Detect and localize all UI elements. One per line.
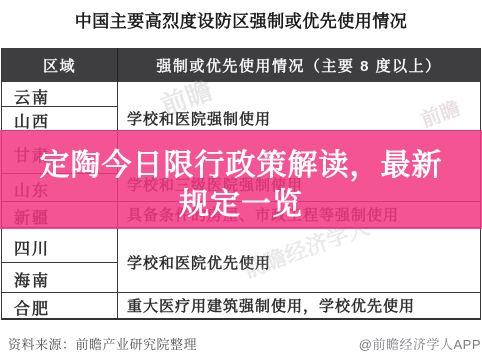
page-title: 中国主要高烈度设防区强制或优先使用情况 bbox=[0, 7, 482, 32]
header-cell-usage: 强制或优先使用情况（主要 8 度以上） bbox=[118, 48, 480, 82]
region-column: 四川 海南 bbox=[2, 228, 118, 292]
usage-cell: 学校和医院优先使用 bbox=[118, 228, 480, 292]
region-column: 合肥 bbox=[2, 293, 118, 318]
header-cell-region: 区域 bbox=[2, 48, 118, 82]
table-group-hefei: 合肥 重大医疗用建筑强制使用，学校优先使用 bbox=[2, 293, 480, 320]
table-header-row: 区域 强制或优先使用情况（主要 8 度以上） bbox=[2, 48, 480, 82]
footer-credit: @前瞻经济学人APP bbox=[359, 334, 481, 353]
headline-line-2: 规定一览 bbox=[179, 185, 303, 224]
footer-source: 资料来源：前瞻产业研究院整理 bbox=[8, 334, 197, 353]
table-group-sichuan-hainan: 四川 海南 学校和医院优先使用 bbox=[2, 228, 480, 293]
region-cell-sichuan: 四川 bbox=[2, 228, 117, 263]
region-column: 云南 山西 bbox=[2, 82, 118, 130]
usage-cell: 学校和医院强制使用 bbox=[118, 82, 480, 130]
region-cell-hefei: 合肥 bbox=[2, 293, 117, 318]
region-cell-hainan: 海南 bbox=[2, 263, 117, 292]
region-cell-yunnan: 云南 bbox=[2, 82, 117, 107]
region-cell-shanxi: 山西 bbox=[2, 107, 117, 130]
table-group-yunnan-shanxi: 云南 山西 学校和医院强制使用 bbox=[2, 82, 480, 131]
headline-line-1: 定陶今日限行政策解读，最新 bbox=[40, 146, 443, 185]
headline-overlay-banner: 定陶今日限行政策解读，最新 规定一览 bbox=[0, 130, 482, 229]
infographic-screenshot: 中国主要高烈度设防区强制或优先使用情况 区域 强制或优先使用情况（主要 8 度以… bbox=[0, 0, 482, 363]
usage-cell: 重大医疗用建筑强制使用，学校优先使用 bbox=[118, 293, 480, 318]
